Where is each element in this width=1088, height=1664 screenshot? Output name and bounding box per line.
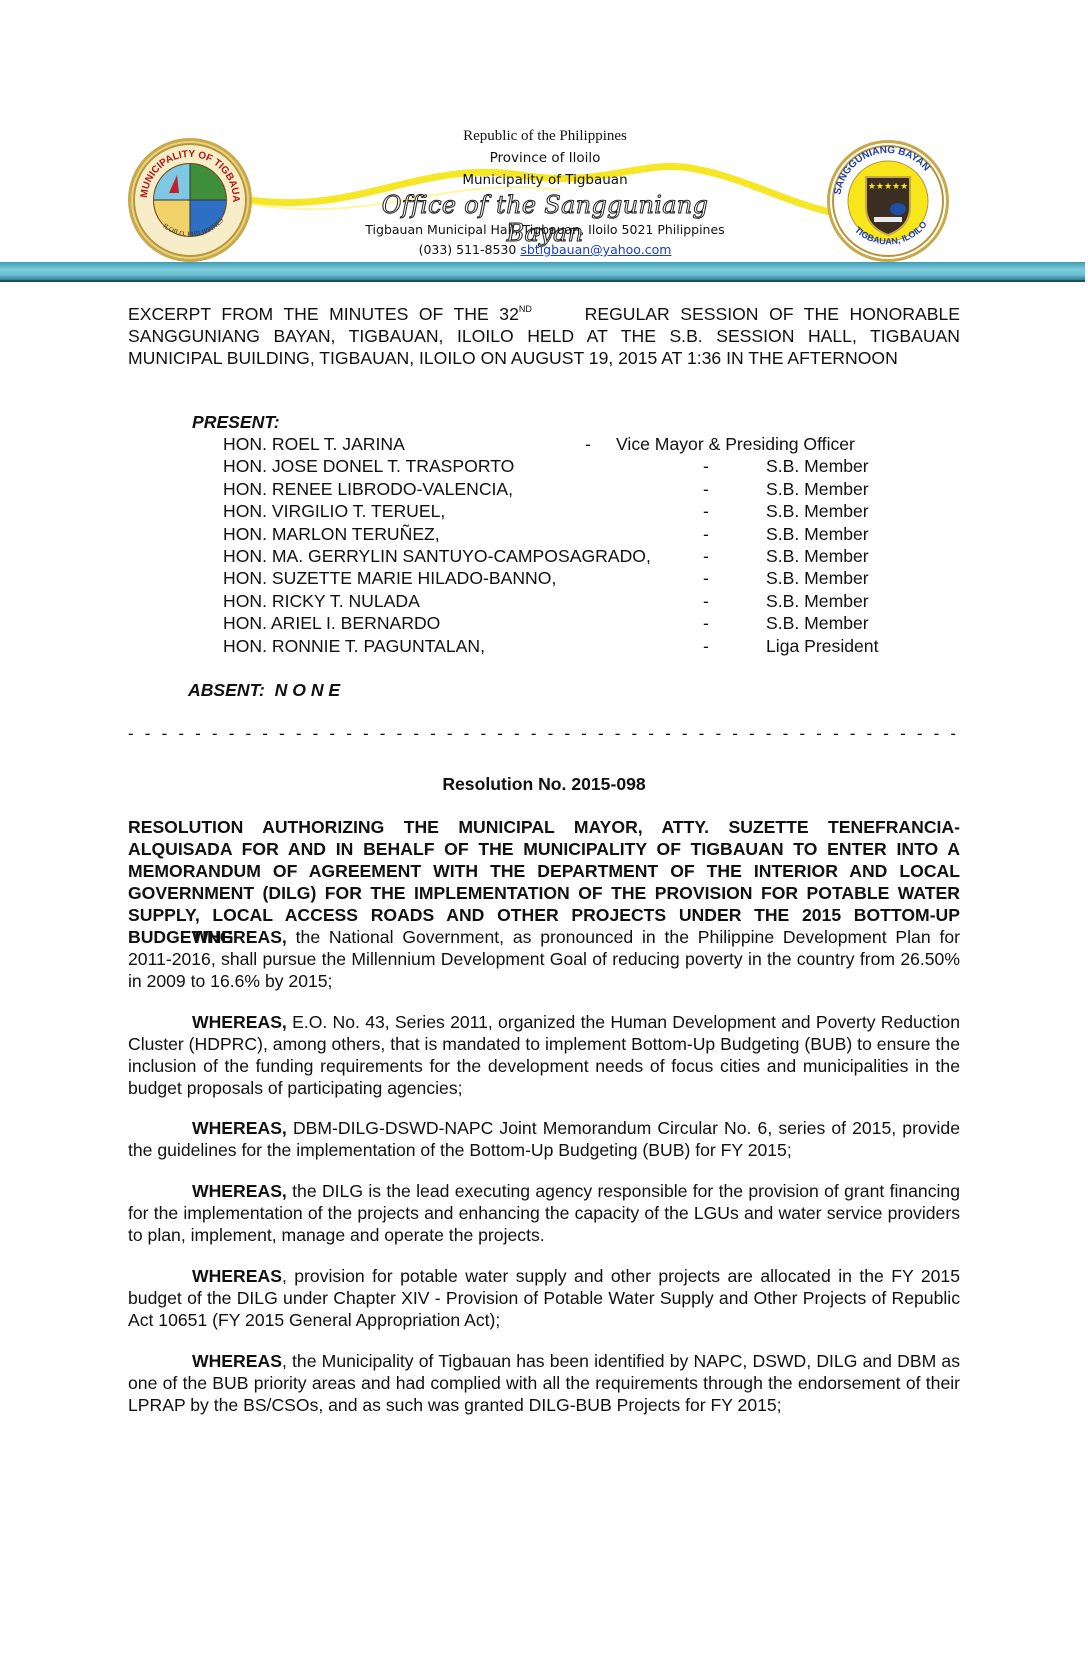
roster-row: HON. ARIEL I. BERNARDO-S.B. Member <box>223 612 943 634</box>
roster-row: HON. SUZETTE MARIE HILADO-BANNO,-S.B. Me… <box>223 567 943 589</box>
separator-dash: - <box>703 545 709 567</box>
member-name: HON. ROEL T. JARINA <box>223 433 405 455</box>
member-role: S.B. Member <box>766 500 869 522</box>
separator-dash: - <box>703 612 709 634</box>
absent-value: N O N E <box>275 680 341 700</box>
separator-dash: - <box>703 635 709 657</box>
present-roster: HON. ROEL T. JARINA-Vice Mayor & Presidi… <box>223 433 943 657</box>
member-role: S.B. Member <box>766 612 869 634</box>
roster-row: HON. ROEL T. JARINA-Vice Mayor & Presidi… <box>223 433 943 455</box>
section-dashed-divider: - - - - - - - - - - - - - - - - - - - - … <box>128 724 960 744</box>
roster-row: HON. MARLON TERUÑEZ,-S.B. Member <box>223 523 943 545</box>
roster-row: HON. RONNIE T. PAGUNTALAN,-Liga Presiden… <box>223 635 943 657</box>
member-role: Liga President <box>766 635 878 657</box>
municipality-seal-icon: MUNICIPALITY OF TIGBAUAN ILOILO, PHILIPP… <box>131 141 249 259</box>
member-name: HON. RENEE LIBRODO-VALENCIA, <box>223 478 513 500</box>
whereas-paragraph: WHEREAS, provision for potable water sup… <box>128 1265 960 1331</box>
roster-row: HON. RENEE LIBRODO-VALENCIA,-S.B. Member <box>223 478 943 500</box>
separator-dash: - <box>703 478 709 500</box>
member-name: HON. MA. GERRYLIN SANTUYO-CAMPOSAGRADO, <box>223 545 651 567</box>
separator-dash: - <box>703 455 709 477</box>
separator-dash: - <box>703 500 709 522</box>
member-name: HON. VIRGILIO T. TERUEL, <box>223 500 445 522</box>
whereas-lead: WHEREAS, <box>192 927 287 947</box>
whereas-lead: WHEREAS, <box>192 1181 287 1201</box>
whereas-lead: WHEREAS <box>192 1351 282 1371</box>
member-role: S.B. Member <box>766 545 869 567</box>
roster-row: HON. RICKY T. NULADA-S.B. Member <box>223 590 943 612</box>
separator-dash: - <box>703 590 709 612</box>
present-label: PRESENT: <box>192 412 280 433</box>
whereas-lead: WHEREAS, <box>192 1012 287 1032</box>
letterhead-address: Tigbauan Municipal Hall, Tigbauan, Iloil… <box>340 222 750 237</box>
member-name: HON. RONNIE T. PAGUNTALAN, <box>223 635 485 657</box>
member-role: S.B. Member <box>766 478 869 500</box>
whereas-lead: WHEREAS <box>192 1266 282 1286</box>
roster-row: HON. VIRGILIO T. TERUEL,-S.B. Member <box>223 500 943 522</box>
excerpt-ordinal-suffix: ND <box>519 304 532 314</box>
letterhead-office-title: Office of the Sangguniang Bayan <box>340 191 750 247</box>
member-role: Vice Mayor & Presiding Officer <box>616 433 855 455</box>
whereas-paragraph: WHEREAS, DBM-DILG-DSWD-NAPC Joint Memora… <box>128 1117 960 1161</box>
whereas-paragraph: WHEREAS, the DILG is the lead executing … <box>128 1180 960 1246</box>
excerpt-text-part1: EXCERPT FROM THE MINUTES OF THE 32 <box>128 304 519 324</box>
separator-dash: - <box>703 523 709 545</box>
separator-dash: - <box>585 433 591 455</box>
member-name: HON. JOSE DONEL T. TRASPORTO <box>223 455 514 477</box>
member-role: S.B. Member <box>766 567 869 589</box>
separator-dash: - <box>703 567 709 589</box>
whereas-paragraph: WHEREAS, the Municipality of Tigbauan ha… <box>128 1350 960 1416</box>
member-name: HON. ARIEL I. BERNARDO <box>223 612 440 634</box>
absent-label: ABSENT: <box>188 680 265 700</box>
absent-line: ABSENT: N O N E <box>188 680 340 701</box>
member-role: S.B. Member <box>766 455 869 477</box>
svg-text:★★★★★: ★★★★★ <box>868 181 908 191</box>
roster-row: HON. MA. GERRYLIN SANTUYO-CAMPOSAGRADO,-… <box>223 545 943 567</box>
whereas-lead: WHEREAS, <box>192 1118 287 1138</box>
sangguniang-bayan-seal-icon: ★★★★★ SANGGUNIANG BAYAN TIGBAUAN, ILOILO <box>830 143 946 259</box>
member-name: HON. RICKY T. NULADA <box>223 590 420 612</box>
member-name: HON. SUZETTE MARIE HILADO-BANNO, <box>223 567 556 589</box>
member-role: S.B. Member <box>766 590 869 612</box>
whereas-paragraph: WHEREAS, the National Government, as pro… <box>128 926 960 992</box>
letterhead-contact: (033) 511-8530 sbtigbauan@yahoo.com <box>340 242 750 257</box>
letterhead-phone: (033) 511-8530 <box>419 242 517 257</box>
sangguniang-bayan-seal-logo: ★★★★★ SANGGUNIANG BAYAN TIGBAUAN, ILOILO <box>827 140 949 262</box>
whereas-paragraph: WHEREAS, E.O. No. 43, Series 2011, organ… <box>128 1011 960 1099</box>
letterhead-province: Province of Iloilo <box>340 150 750 166</box>
municipality-seal-logo: MUNICIPALITY OF TIGBAUAN ILOILO, PHILIPP… <box>128 138 252 262</box>
member-name: HON. MARLON TERUÑEZ, <box>223 523 440 545</box>
letterhead-email-link[interactable]: sbtigbauan@yahoo.com <box>520 242 671 257</box>
letterhead-divider-bar <box>0 262 1085 282</box>
roster-row: HON. JOSE DONEL T. TRASPORTO-S.B. Member <box>223 455 943 477</box>
resolution-number: Resolution No. 2015-098 <box>128 774 960 795</box>
letterhead-municipality: Municipality of Tigbauan <box>340 172 750 188</box>
letterhead-republic: Republic of the Philippines <box>340 128 750 145</box>
minutes-excerpt-heading: EXCERPT FROM THE MINUTES OF THE 32ND REG… <box>128 298 960 369</box>
member-role: S.B. Member <box>766 523 869 545</box>
